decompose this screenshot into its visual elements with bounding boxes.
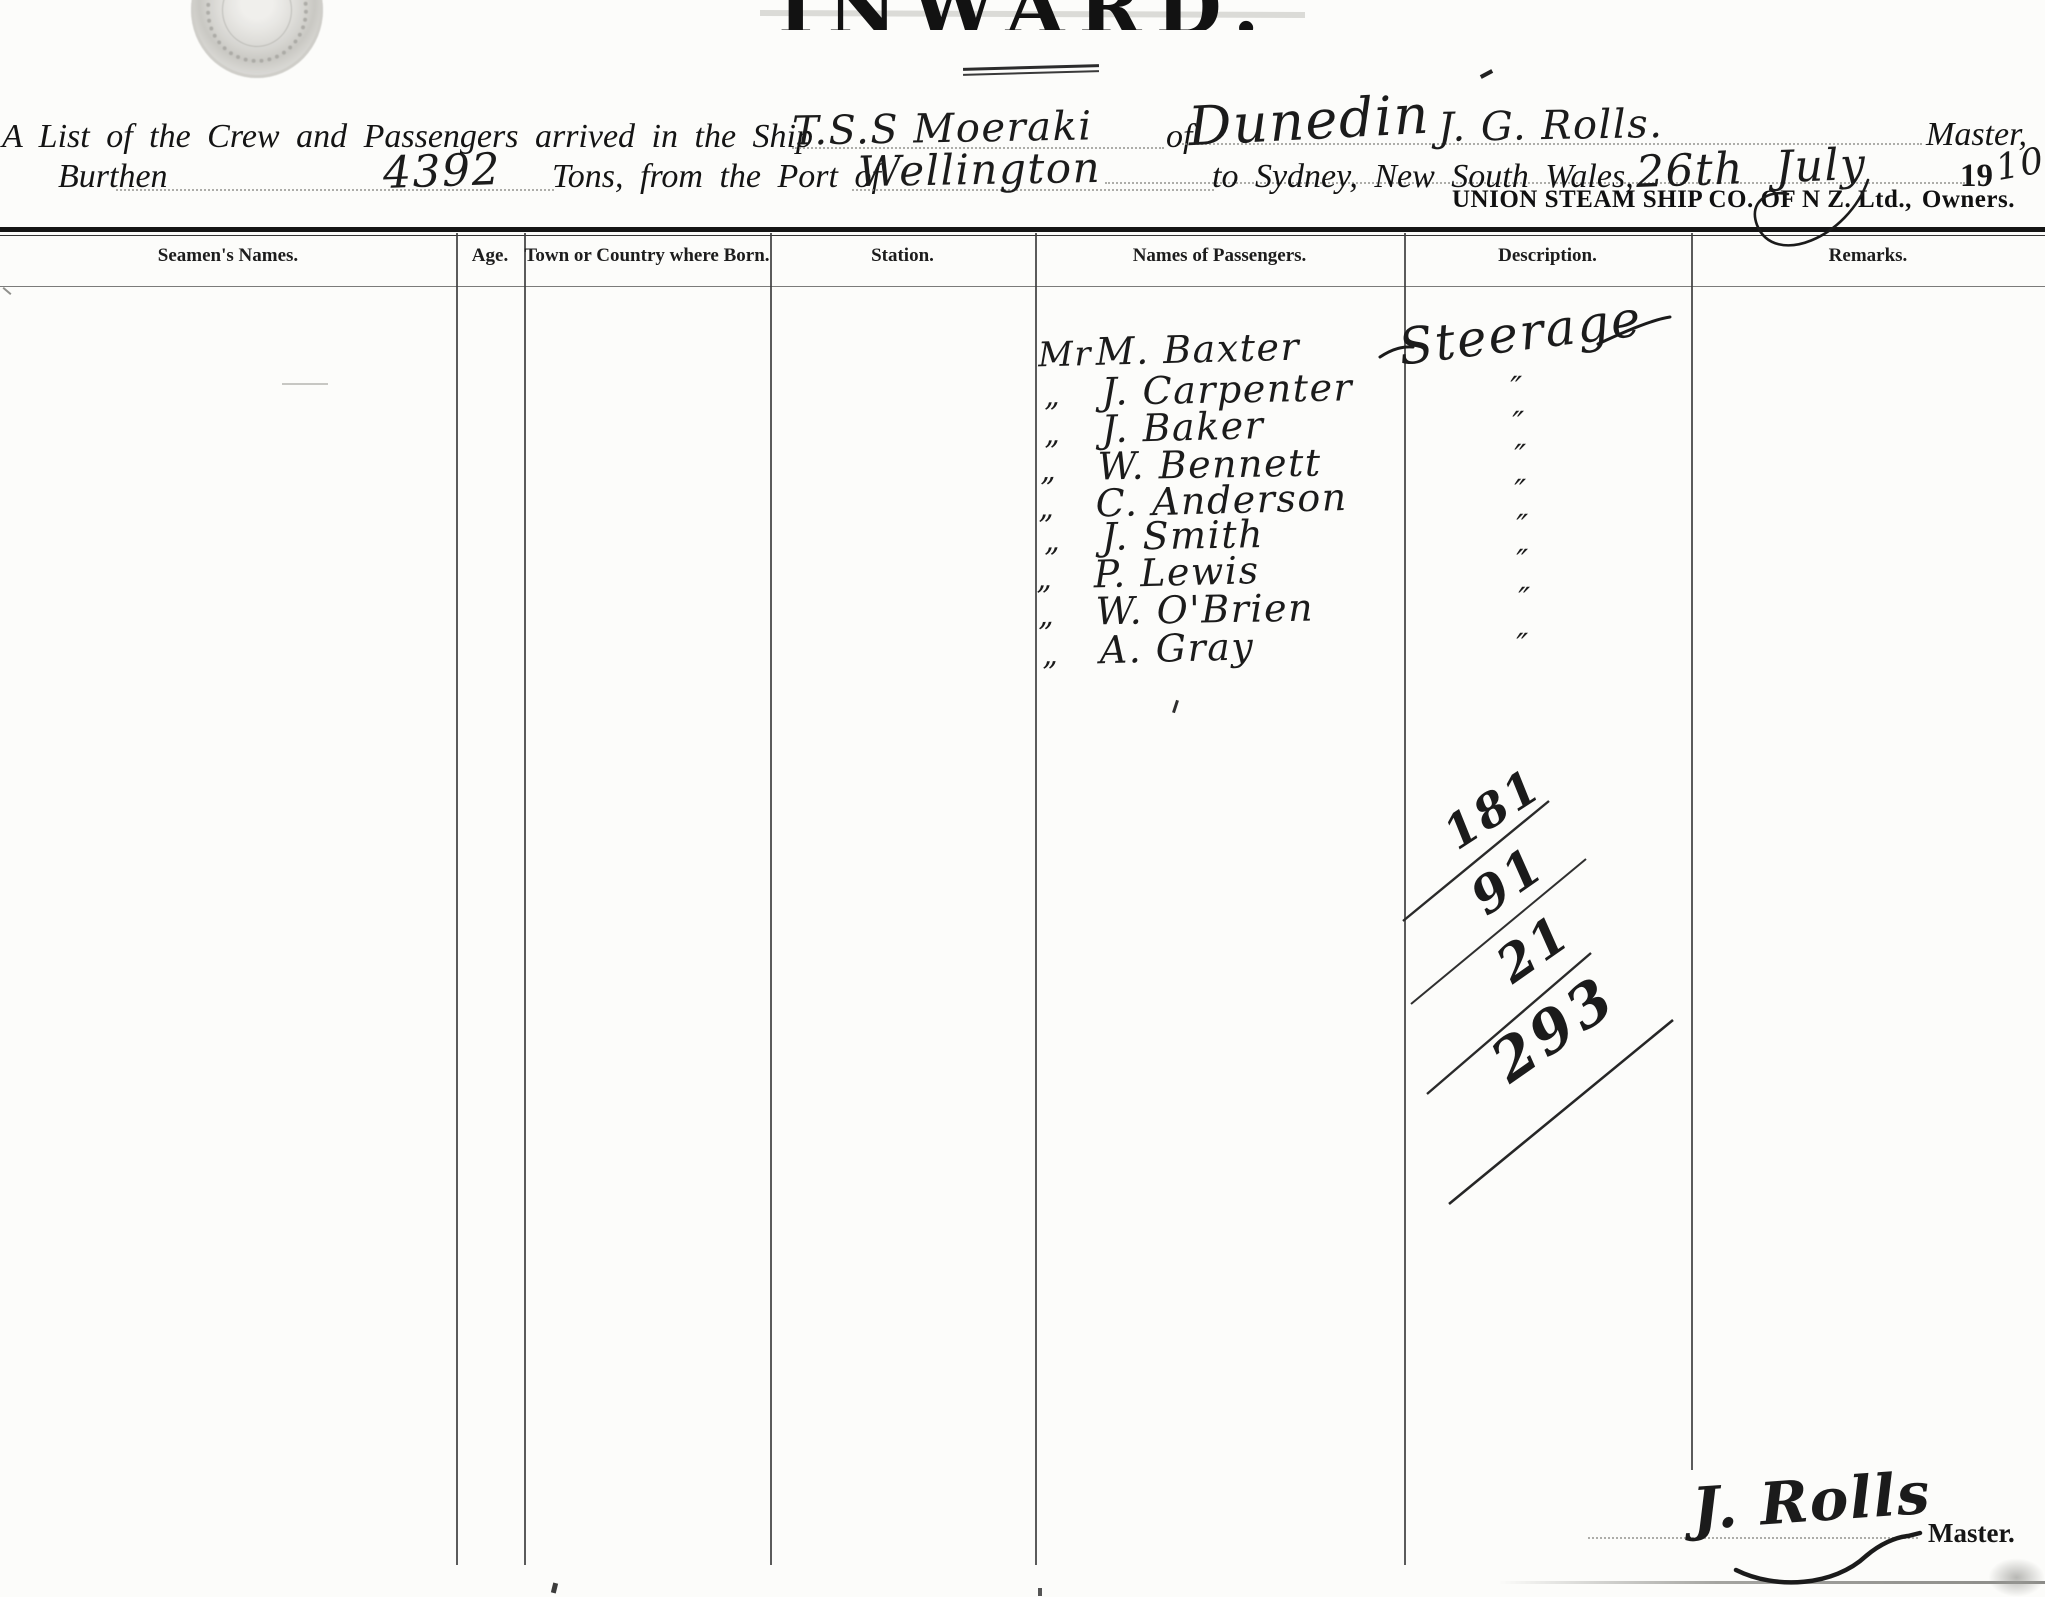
year-written: 10 — [1993, 143, 2045, 187]
header-bottom-rule — [0, 286, 2045, 287]
col-header-remarks: Remarks. — [1691, 245, 2045, 267]
official-seal-stamp — [191, 0, 323, 78]
passenger-prefix: „ — [1038, 601, 1083, 632]
tally-number-1: 181 — [1436, 761, 1549, 857]
arrival-date-value: 26th July — [1635, 143, 1867, 195]
ditto-mark: ″ — [1506, 510, 1540, 542]
master-name-value: J. G. Rolls. — [1438, 104, 1664, 148]
master-signature: J. Rolls — [1690, 1464, 1932, 1539]
faint-dash-mark — [282, 383, 328, 385]
tally-number-4: 293 — [1482, 966, 1627, 1092]
page-title: INWARD. — [778, 0, 1273, 30]
col-line-3 — [770, 233, 772, 1565]
col-header-station: Station. — [770, 245, 1035, 267]
col-line-5 — [1404, 233, 1406, 1565]
passenger-prefix: Mr — [1038, 337, 1083, 372]
passenger-row: Mr M. Baxter — [1038, 328, 1301, 373]
stray-mark-below-names — [1172, 700, 1179, 713]
col-header-description: Description. — [1404, 245, 1691, 267]
registry-port-value: Dunedin — [1187, 88, 1431, 155]
double-rule-top — [963, 64, 1099, 70]
ditto-mark: ″ — [1506, 545, 1540, 577]
ink-strokes-overlay — [0, 0, 2045, 1597]
passenger-row: „ A. Gray — [1042, 627, 1255, 671]
departure-port-value: Wellington — [858, 147, 1102, 193]
col-header-passengers: Names of Passengers. — [1035, 245, 1404, 267]
year-printed: 19 — [1960, 160, 1993, 193]
col-line-1 — [456, 233, 458, 1565]
passenger-name: A. Gray — [1099, 624, 1255, 672]
passenger-prefix: „ — [1036, 564, 1081, 595]
left-edge-tick — [3, 287, 12, 295]
table-top-rule-thin — [0, 235, 2045, 236]
passenger-prefix: „ — [1044, 419, 1089, 450]
col-line-2 — [524, 233, 526, 1565]
col-header-age: Age. — [456, 245, 524, 267]
footer-master-label: Master. — [1928, 1520, 2015, 1547]
page-title-clip: INWARD. — [778, 0, 1283, 30]
ditto-mark: ″ — [1508, 583, 1542, 615]
bottom-speck-2 — [1038, 1588, 1042, 1596]
bottom-scan-line — [1498, 1581, 2045, 1584]
bottom-speck-1 — [551, 1583, 558, 1594]
corner-smudge — [1988, 1558, 2045, 1597]
passenger-row: „ W. O'Brien — [1038, 589, 1315, 632]
ditto-mark: ″ — [1500, 372, 1534, 404]
ditto-mark: ″ — [1504, 440, 1538, 472]
passenger-prefix: „ — [1044, 381, 1089, 412]
tons-port-label: Tons, from the Port of — [552, 160, 881, 194]
double-rule-bottom — [963, 70, 1099, 75]
ditto-mark: ″ — [1504, 475, 1538, 507]
col-line-6 — [1691, 233, 1693, 1470]
tonnage-value: 4392 — [382, 148, 501, 196]
signature-flourish — [1736, 1533, 1920, 1582]
col-line-4 — [1035, 233, 1037, 1565]
passenger-prefix: „ — [1040, 456, 1085, 487]
description-steerage: Steerage — [1396, 293, 1645, 372]
scanned-document-page: INWARD. A List of the Crew and Passenger… — [0, 0, 2045, 1597]
table-top-rule-thick — [0, 227, 2045, 232]
ditto-mark: ″ — [1506, 629, 1540, 661]
ink-tick-above-registry — [1480, 69, 1493, 79]
ditto-mark: ″ — [1502, 407, 1536, 439]
col-header-seamens-names: Seamen's Names. — [0, 245, 456, 267]
col-header-town-country: Town or Country where Born. — [524, 245, 770, 267]
passenger-prefix: „ — [1042, 640, 1087, 671]
